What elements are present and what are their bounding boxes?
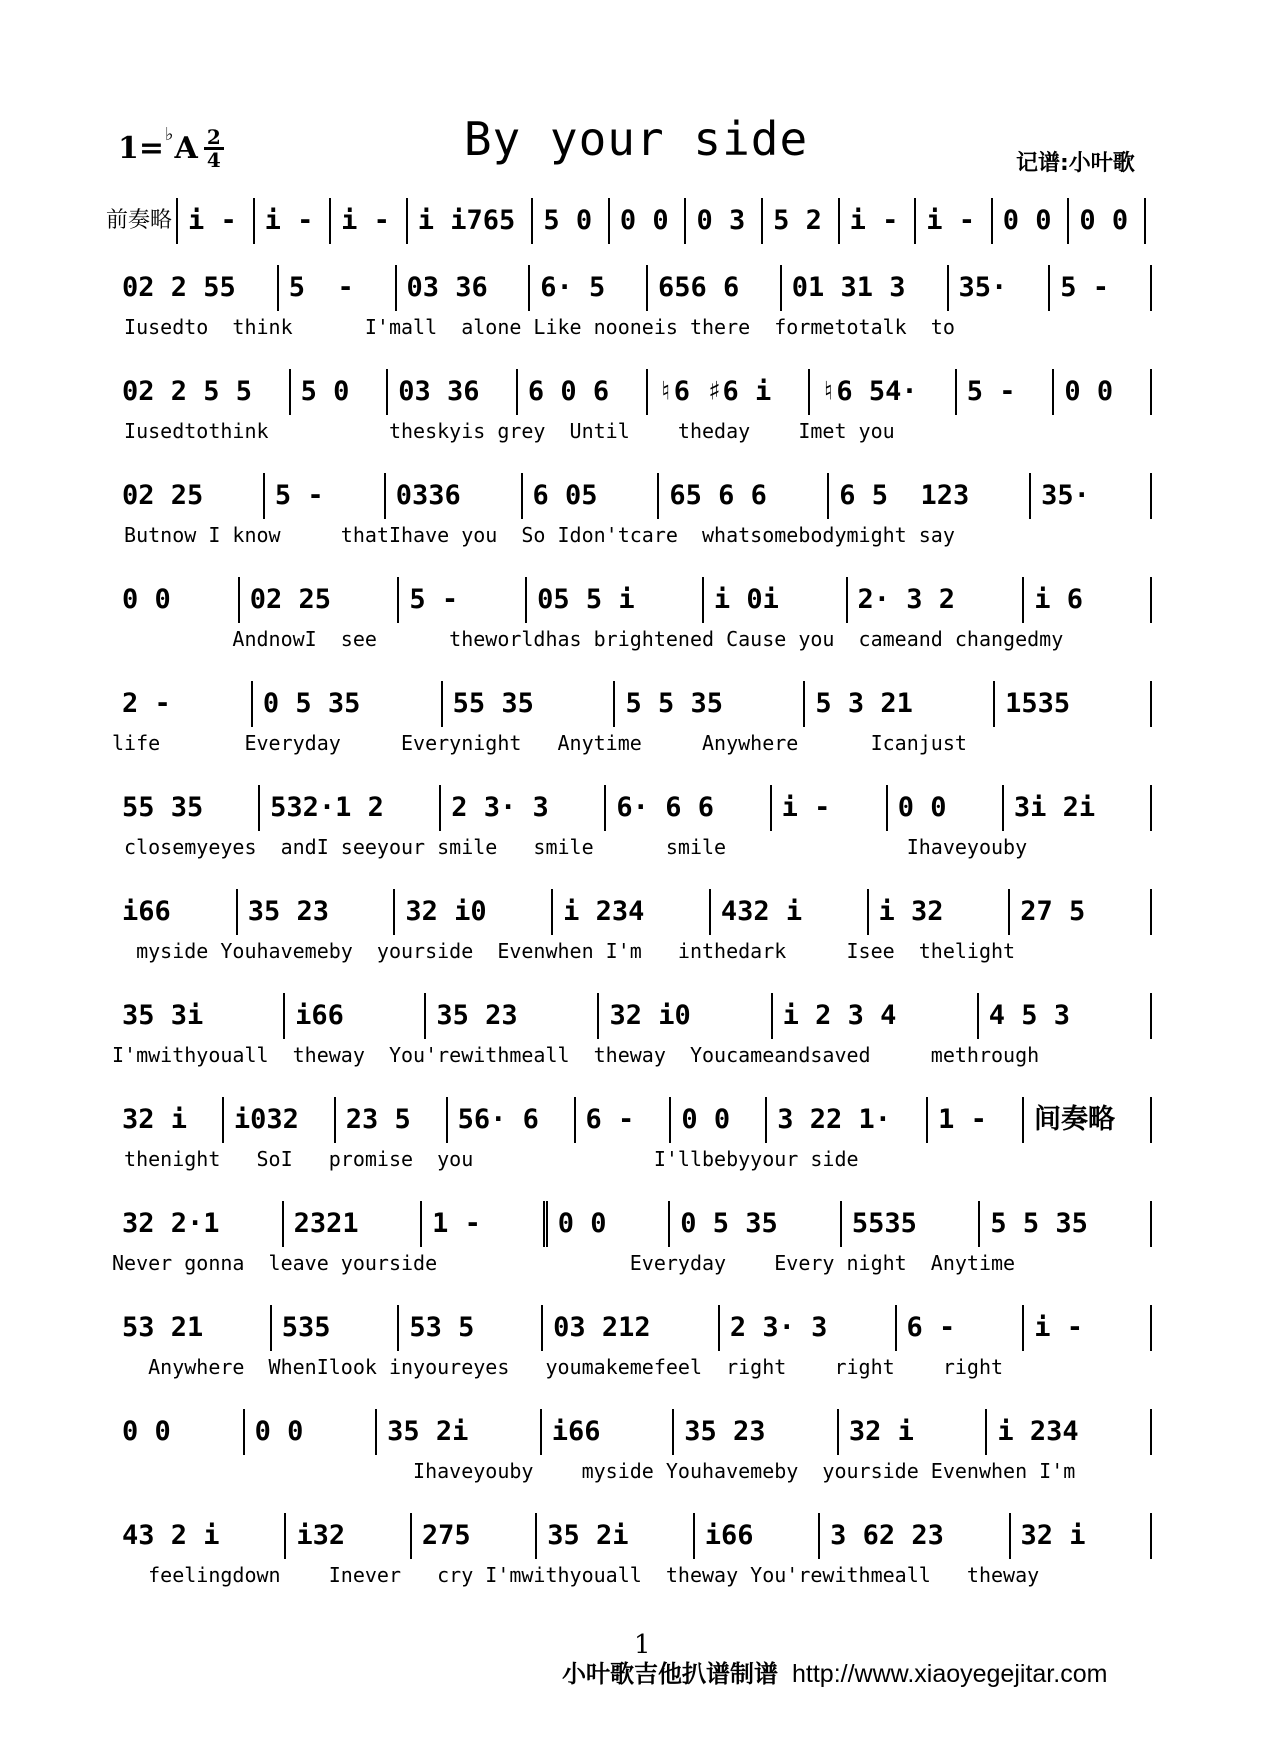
measure: 6· 5 xyxy=(530,265,648,311)
measure: 0 0 xyxy=(888,785,1004,831)
notes-line: 02 2 5 55 003 366 0 6♮6 ♯6 i♮6 54·5 -0 0 xyxy=(112,369,1152,415)
score-row: 32 ii03223 556· 66 -0 03 22 1·1 -间奏略 the… xyxy=(112,1097,1152,1197)
measure: 0 0 xyxy=(671,1097,767,1143)
lyrics-line: Ihaveyouby myside Youhavemeby yourside E… xyxy=(112,1459,1152,1483)
measure: 5 5 35 xyxy=(980,1201,1152,1247)
measure: 6 05 xyxy=(523,473,660,519)
measure: 5 - xyxy=(1050,265,1152,311)
measure: 32 i xyxy=(1011,1513,1152,1559)
measure: 432 i xyxy=(711,889,869,935)
measure: i66 xyxy=(542,1409,675,1455)
score-row: 43 2 ii3227535 2ii663 62 2332 i feelingd… xyxy=(112,1513,1152,1613)
score-row: 02 255 -03366 0565 6 66 5 12335· Butnow … xyxy=(112,473,1152,573)
measure: 0 0 xyxy=(1054,369,1152,415)
measure: 02 25 xyxy=(112,473,265,519)
measure: i66 xyxy=(285,993,426,1039)
lyrics-line: I'mwithyouall theway You'rewithmeall the… xyxy=(112,1043,1152,1067)
notes-line: 前奏略i -i -i -i i7655 00 00 35 2i -i -0 00… xyxy=(106,198,1146,244)
measure: 43 2 i xyxy=(112,1513,286,1559)
measure: 2 - xyxy=(112,681,253,727)
measure: i - xyxy=(916,198,993,244)
measure: 5 5 35 xyxy=(615,681,805,727)
lyrics-line: myside Youhavemeby yourside Evenwhen I'm… xyxy=(112,939,1152,963)
measure: 6 - xyxy=(897,1305,1025,1351)
lyrics-line: Iusedto think I'mall alone Like nooneis … xyxy=(112,315,1152,339)
measure: 35 23 xyxy=(674,1409,839,1455)
measure: 0 3 xyxy=(686,198,763,244)
measure: 2 3· 3 xyxy=(441,785,606,831)
measure: 35 2i xyxy=(537,1513,694,1559)
notes-line: 32 2·123211 -0 00 5 3555355 5 35 xyxy=(112,1201,1152,1247)
notes-line: 0 002 255 -05 5 ii 0i2· 3 2i 6 xyxy=(112,577,1152,623)
score-row: 53 2153553 503 2122 3· 36 -i - Anywhere … xyxy=(112,1305,1152,1405)
measure: i 6 xyxy=(1024,577,1152,623)
notes-line: i6635 2332 i0i 234432 ii 3227 5 xyxy=(112,889,1152,935)
measure: 6· 6 6 xyxy=(606,785,771,831)
notes-line: 53 2153553 503 2122 3· 36 -i - xyxy=(112,1305,1152,1351)
measure: 532·1 2 xyxy=(260,785,441,831)
measure: 32 i xyxy=(112,1097,224,1143)
measure: i32 xyxy=(286,1513,411,1559)
score-row: 02 2 555 -03 366· 5656 601 31 335·5 - Iu… xyxy=(112,265,1152,365)
score-row: 2 -0 5 3555 355 5 355 3 211535life Every… xyxy=(112,681,1152,781)
score-row: 0 00 035 2ii6635 2332 ii 234 Ihaveyouby … xyxy=(112,1409,1152,1509)
measure: 656 6 xyxy=(648,265,782,311)
measure: 2· 3 2 xyxy=(848,577,1025,623)
measure: 32 i xyxy=(839,1409,988,1455)
measure: i - xyxy=(840,198,917,244)
score-row: 55 35532·1 22 3· 36· 6 6i -0 03i 2i clos… xyxy=(112,785,1152,885)
measure: 53 5 xyxy=(399,1305,543,1351)
measure: 2321 xyxy=(284,1201,423,1247)
notes-line: 02 2 555 -03 366· 5656 601 31 335·5 - xyxy=(112,265,1152,311)
measure: 55 35 xyxy=(112,785,260,831)
measure: 27 5 xyxy=(1010,889,1152,935)
measure: 275 xyxy=(412,1513,537,1559)
measure: 01 31 3 xyxy=(782,265,949,311)
measure: 0 0 xyxy=(548,1201,671,1247)
lyrics-line: Butnow I know thatIhave you So Idon'tcar… xyxy=(112,523,1152,547)
lyrics-line: life Everyday Everynight Anytime Anywher… xyxy=(112,731,1152,755)
measure: 03 36 xyxy=(388,369,518,415)
measure: 3i 2i xyxy=(1004,785,1152,831)
measure: 35 2i xyxy=(377,1409,542,1455)
measure: 03 212 xyxy=(543,1305,720,1351)
measure: 4 5 3 xyxy=(979,993,1152,1039)
measure: i66 xyxy=(112,889,238,935)
measure: i - xyxy=(772,785,888,831)
measure: 1535 xyxy=(995,681,1152,727)
measure: 0 0 xyxy=(112,1409,245,1455)
measure: i 2 3 4 xyxy=(773,993,979,1039)
measure: 5 3 21 xyxy=(805,681,995,727)
measure: 35· xyxy=(1031,473,1152,519)
measure: 0 0 xyxy=(1069,198,1146,244)
footer-url: http://www.xiaoyegejitar.com xyxy=(792,1660,1107,1688)
measure: 2 3· 3 xyxy=(720,1305,897,1351)
lyrics-line: AndnowI see theworldhas brightened Cause… xyxy=(112,627,1152,651)
transcriber-credit: 记谱:小叶歌 xyxy=(1016,146,1135,177)
measure: 6 - xyxy=(576,1097,672,1143)
measure: 0336 xyxy=(386,473,523,519)
measure: 35 3i xyxy=(112,993,285,1039)
measure: 间奏略 xyxy=(1024,1097,1152,1143)
measure: 0 0 xyxy=(993,198,1070,244)
measure: 02 2 5 5 xyxy=(112,369,291,415)
measure: i - xyxy=(255,198,332,244)
measure: 535 xyxy=(272,1305,400,1351)
measure: 35 23 xyxy=(426,993,599,1039)
lyrics-line: thenight SoI promise you I'llbebyyour si… xyxy=(112,1147,1152,1171)
measure: 55 35 xyxy=(443,681,616,727)
measure: 32 i0 xyxy=(395,889,553,935)
measure: i i765 xyxy=(408,198,534,244)
measure: 6 5 123 xyxy=(829,473,1031,519)
score-row: i6635 2332 i0i 234432 ii 3227 5 myside Y… xyxy=(112,889,1152,989)
lyrics-line: Iusedtothink theskyis grey Until theday … xyxy=(112,419,1152,443)
measure: 32 i0 xyxy=(599,993,772,1039)
notes-line: 0 00 035 2ii6635 2332 ii 234 xyxy=(112,1409,1152,1455)
measure: 35 23 xyxy=(238,889,396,935)
notes-line: 2 -0 5 3555 355 5 355 3 211535 xyxy=(112,681,1152,727)
measure: 23 5 xyxy=(336,1097,448,1143)
measure: 3 62 23 xyxy=(820,1513,1010,1559)
measure: 65 6 6 xyxy=(659,473,829,519)
measure: 1 - xyxy=(422,1201,548,1247)
notes-line: 32 ii03223 556· 66 -0 03 22 1·1 -间奏略 xyxy=(112,1097,1152,1143)
measure: 3 22 1· xyxy=(767,1097,928,1143)
measure: 02 25 xyxy=(240,577,400,623)
measure: 32 2·1 xyxy=(112,1201,284,1247)
measure: 5 - xyxy=(399,577,527,623)
footer-credit-text: 小叶歌吉他扒谱制谱 xyxy=(562,1660,778,1688)
measure: 5535 xyxy=(842,1201,981,1247)
measure: 05 5 i xyxy=(527,577,704,623)
measure: i 0i xyxy=(704,577,848,623)
notes-line: 55 35532·1 22 3· 36· 6 6i -0 03i 2i xyxy=(112,785,1152,831)
measure: 0 5 35 xyxy=(670,1201,842,1247)
measure: 5 2 xyxy=(763,198,840,244)
measure: 53 21 xyxy=(112,1305,272,1351)
measure: i 234 xyxy=(987,1409,1152,1455)
measure: 02 2 55 xyxy=(112,265,279,311)
measure: 0 0 xyxy=(245,1409,378,1455)
measure: 0 0 xyxy=(610,198,687,244)
score-row: 02 2 5 55 003 366 0 6♮6 ♯6 i♮6 54·5 -0 0… xyxy=(112,369,1152,469)
measure: 5 0 xyxy=(533,198,610,244)
score-row: 35 3ii6635 2332 i0i 2 3 44 5 3I'mwithyou… xyxy=(112,993,1152,1093)
measure: 5 - xyxy=(265,473,386,519)
notes-line: 02 255 -03366 0565 6 66 5 12335· xyxy=(112,473,1152,519)
measure: i032 xyxy=(224,1097,336,1143)
measure: 0 0 xyxy=(112,577,240,623)
measure: 5 0 xyxy=(291,369,389,415)
notes-line: 35 3ii6635 2332 i0i 2 3 44 5 3 xyxy=(112,993,1152,1039)
measure: 5 - xyxy=(957,369,1055,415)
intro-label: 前奏略 xyxy=(106,198,176,244)
measure: i - xyxy=(1024,1305,1152,1351)
lyrics-line: Anywhere WhenIlook inyoureyes youmakemef… xyxy=(112,1355,1152,1379)
measure: 56· 6 xyxy=(448,1097,576,1143)
measure: 0 5 35 xyxy=(253,681,443,727)
measure: ♮6 ♯6 i xyxy=(648,369,811,415)
measure: i 234 xyxy=(553,889,711,935)
measure: i - xyxy=(331,198,408,244)
lyrics-line: closemyeyes andI seeyour smile smile smi… xyxy=(112,835,1152,859)
measure: i 32 xyxy=(869,889,1011,935)
lyrics-line: Never gonna leave yourside Everyday Ever… xyxy=(112,1251,1152,1275)
score-row: 32 2·123211 -0 00 5 3555355 5 35Never go… xyxy=(112,1201,1152,1301)
measure: 35· xyxy=(949,265,1051,311)
measure: 6 0 6 xyxy=(518,369,648,415)
lyrics-line: feelingdown Inever cry I'mwithyouall the… xyxy=(112,1563,1152,1587)
measure: i66 xyxy=(695,1513,820,1559)
measure: 03 36 xyxy=(397,265,531,311)
measure: 5 - xyxy=(279,265,397,311)
notes-line: 43 2 ii3227535 2ii663 62 2332 i xyxy=(112,1513,1152,1559)
score-row: 0 002 255 -05 5 ii 0i2· 3 2i 6 AndnowI s… xyxy=(112,577,1152,677)
measure: ♮6 54· xyxy=(810,369,957,415)
footer-credit: 小叶歌吉他扒谱制谱http://www.xiaoyegejitar.com xyxy=(562,1654,1107,1689)
measure: i - xyxy=(176,198,255,244)
measure: 1 - xyxy=(928,1097,1024,1143)
